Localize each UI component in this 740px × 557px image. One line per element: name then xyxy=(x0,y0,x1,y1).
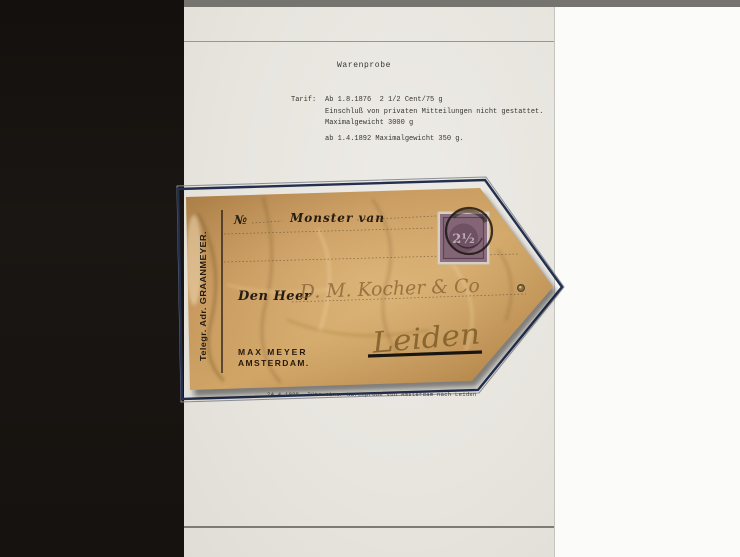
exhibit-heading: Warenprobe xyxy=(337,61,391,70)
page-crease-line-bottom xyxy=(184,526,554,528)
dark-background-band xyxy=(0,0,184,557)
stamp-value: 2½ xyxy=(452,232,475,247)
tariff-line-2: Einschluß von privaten Mitteilungen nich… xyxy=(325,107,543,119)
tariff-block: Tarif: Ab 1.8.1876 2 1/2 Cent/75 g Einsc… xyxy=(291,95,543,145)
printed-monster-van: Monster van xyxy=(289,211,385,225)
caption: 24.4.1895 Tüte einer Warenprobe von Amst… xyxy=(267,391,477,398)
tariff-line-4: ab 1.4.1892 Maximalgewicht 350 g. xyxy=(325,134,543,146)
photo-of-exhibit-page: Warenprobe Tarif: Ab 1.8.1876 2 1/2 Cent… xyxy=(0,0,740,557)
punch-hole xyxy=(518,285,525,292)
sender-imprint-line1: MAX MEYER xyxy=(238,347,307,357)
page-top-edge xyxy=(184,0,740,7)
postage-stamp: 2½ xyxy=(438,208,493,265)
telegraph-address-vertical: Telegr. Adr. GRAANMEYER. xyxy=(198,231,208,361)
page-crease-line-top xyxy=(184,41,554,42)
mounted-envelope-photo: Telegr. Adr. GRAANMEYER. № Monster van D… xyxy=(168,170,568,406)
tariff-label: Tarif: xyxy=(291,95,325,145)
printed-number-sign: № xyxy=(233,213,247,227)
sender-imprint-line2: AMSTERDAM. xyxy=(238,358,310,368)
caption-text: Tüte einer Warenprobe von Amsterdam nach… xyxy=(307,391,476,398)
page-right-margin xyxy=(554,7,740,557)
tariff-line-1: Ab 1.8.1876 2 1/2 Cent/75 g xyxy=(325,95,543,107)
caption-date: 24.4.1895 xyxy=(267,391,299,398)
tariff-line-3: Maximalgewicht 3000 g xyxy=(325,118,543,130)
